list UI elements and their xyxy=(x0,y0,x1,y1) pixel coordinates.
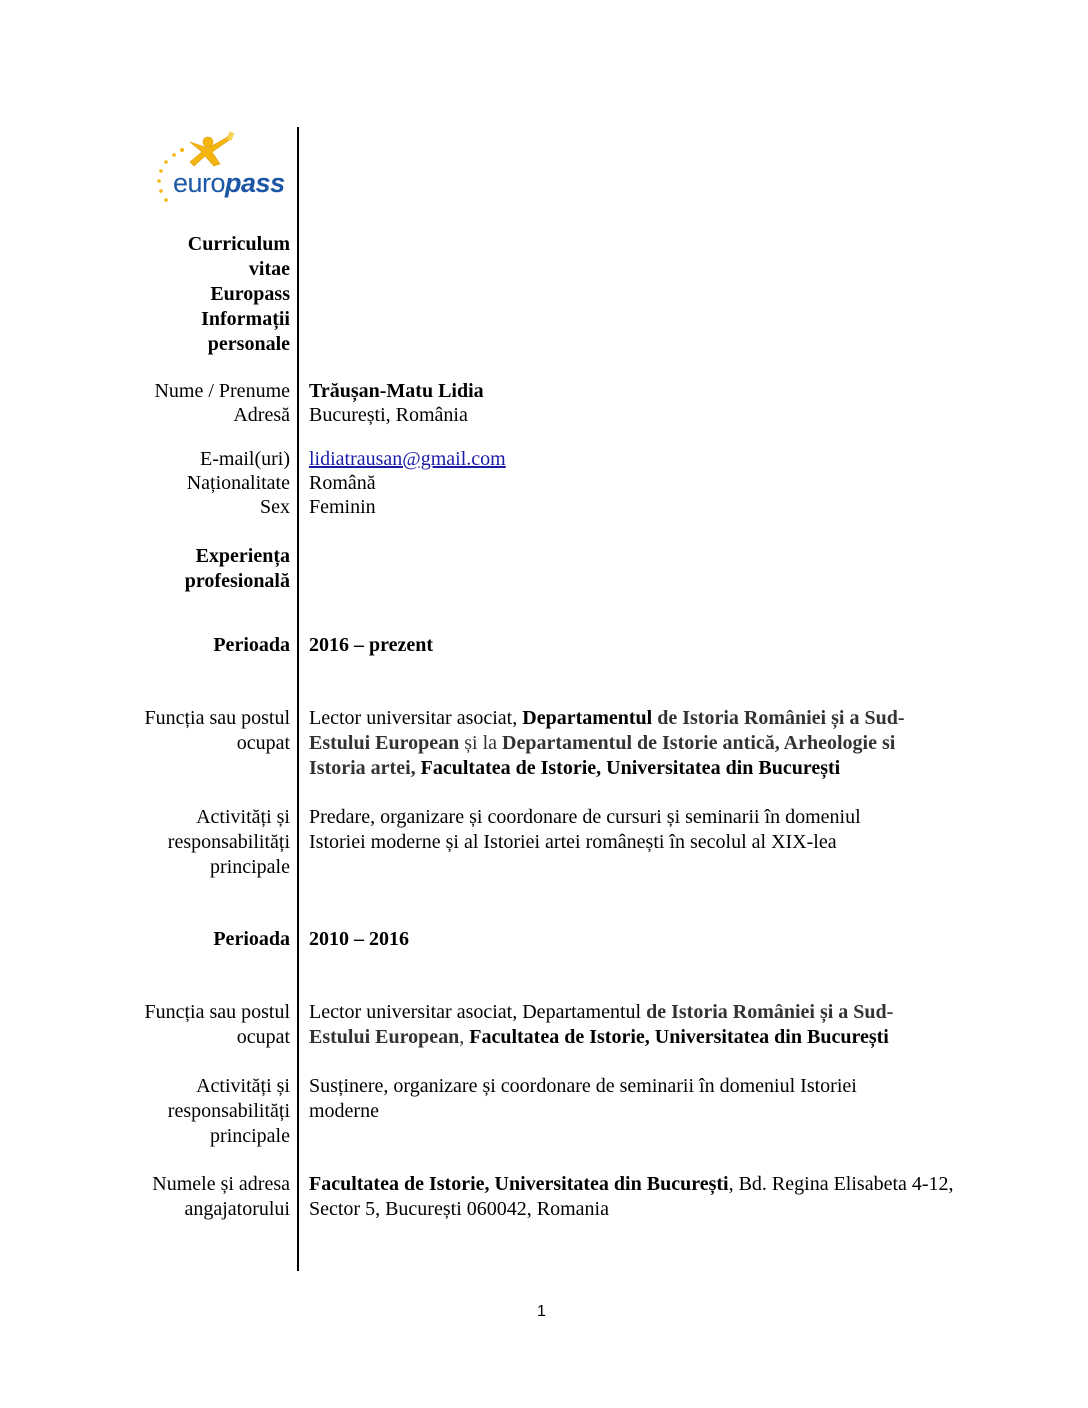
email-link[interactable]: lidiatrausan@gmail.com xyxy=(309,448,506,470)
job2-employer-value: Facultatea de Istorie, Universitatea din… xyxy=(309,1172,959,1222)
job2-position-label: Funcția sau postul ocupat xyxy=(144,1000,290,1050)
name-value: Trăușan-Matu Lidia xyxy=(309,379,484,404)
job2-activities-value: Susținere, organizare și coordonare de s… xyxy=(309,1074,909,1124)
sex-label: Sex xyxy=(260,495,290,520)
column-divider xyxy=(297,127,299,1271)
job2-period-value: 2010 – 2016 xyxy=(309,927,409,952)
europass-wordmark: europass xyxy=(173,168,285,199)
job1-position-value: Lector universitar asociat, Departamentu… xyxy=(309,706,949,781)
email-label: E-mail(uri) xyxy=(200,447,290,472)
cv-title: Curriculum vitae Europass Informații per… xyxy=(188,232,290,357)
experience-section-title: Experiența profesională xyxy=(185,544,290,594)
address-label: Adresă xyxy=(233,403,290,428)
job1-activities-label: Activități și responsabilități principal… xyxy=(168,805,290,880)
nationality-label: Naționalitate xyxy=(187,471,290,496)
job2-period-label: Perioada xyxy=(213,927,290,952)
job1-activities-value: Predare, organizare și coordonare de cur… xyxy=(309,805,909,855)
sex-value: Feminin xyxy=(309,495,376,520)
name-label: Nume / Prenume xyxy=(154,379,290,404)
address-value: București, România xyxy=(309,403,468,428)
nationality-value: Română xyxy=(309,471,376,496)
page-number: 1 xyxy=(537,1303,546,1321)
employer-name: Facultatea de Istorie, Universitatea din… xyxy=(309,1173,729,1195)
job1-period-value: 2016 – prezent xyxy=(309,633,433,658)
job1-position-label: Funcția sau postul ocupat xyxy=(144,706,290,756)
job2-employer-label: Numele și adresa angajatorului xyxy=(152,1172,290,1222)
europass-logo: europass xyxy=(150,128,295,210)
job2-position-value: Lector universitar asociat, Departamentu… xyxy=(309,1000,949,1050)
job1-period-label: Perioada xyxy=(213,633,290,658)
job2-activities-label: Activități și responsabilități principal… xyxy=(168,1074,290,1149)
